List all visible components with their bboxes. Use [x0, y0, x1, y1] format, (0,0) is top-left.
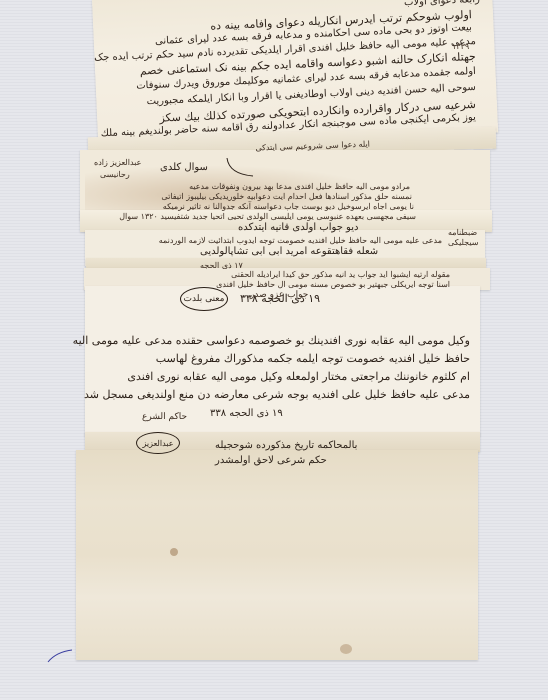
main-line-0: وکیل مومی الیه عقابه نوری افندینك بو خصو…	[130, 334, 470, 347]
blue-pen-mark	[46, 648, 74, 664]
main-line-3: مدعی علیه حافظ خلیل علی افندیه بوجه شرعی…	[130, 388, 470, 401]
right-note-1: سیجلیکی	[448, 238, 478, 247]
paper-section-blank	[76, 450, 478, 660]
middle-line-3: شعله فقاهتقوعه امرید ابی ابی تشاپالولدیی	[200, 246, 378, 257]
left-note-0: عبدالعزیز زاده	[94, 158, 141, 167]
margin-number: ۱۳۳۹	[452, 42, 469, 51]
closing-line-0: بالمحاکمه تاریخ مذکورده شوحجیله	[215, 440, 357, 451]
judge-label: حاکم الشرع	[142, 412, 187, 422]
judge-seal: عبدالعزیز	[136, 432, 180, 454]
question-note: سوال کلدی	[160, 162, 208, 173]
lower-fold-line-1: اسنا توجه ایریکلی جبهتیر بو خصوص مسنه مو…	[110, 280, 450, 289]
answer-line: دیو جواب اولدی قانیه ایتدکده	[238, 222, 358, 233]
right-note-0: ضبطنامه	[448, 228, 477, 237]
stained-line-1: نمسنه حلق مذکور اسنادها فعل احدام ایت دع…	[112, 192, 412, 201]
stained-line-0: مرادو مومی الیه حافظ خلیل افندی مدعا بهد…	[110, 182, 410, 191]
stained-line-2: نا یومی اجاه ایرسوخیل دیو بوست جاب دعواس…	[114, 202, 414, 211]
header-seal: معنی بلدت	[180, 287, 228, 311]
curved-stroke	[225, 156, 255, 178]
main-line-1: حافظ خلیل افندیه خصومت توجه ایلمه جکمه م…	[130, 352, 470, 365]
stained-line-3: سیفی مجهسی بعهده عنبوسی یومی ایلیسی الول…	[116, 212, 416, 221]
stain-spot	[340, 644, 352, 654]
lower-fold-line-0: مقوله ارتیه ایشبوا اید جواب ید انیه مذکو…	[110, 270, 450, 279]
closing-line-1: حکم شرعی لاحق اولمشدر	[215, 455, 327, 466]
middle-line-2: مدعی علیه مومی الیه حافظ خلیل افندیه خصو…	[112, 236, 442, 245]
header-date: ۱۹ ذی الحجه ۳۳۸	[240, 292, 320, 305]
footer-date: ۱۹ ذی الحجه ۳۳۸	[210, 408, 283, 419]
middle-date: ۱۷ ذی الحجه	[200, 261, 243, 270]
left-note-1: رحانیسی	[100, 170, 130, 179]
main-line-2: ام کلثوم خانوننك مراجعتی مختار اولمعله و…	[120, 370, 470, 383]
ink-spot	[170, 548, 178, 556]
